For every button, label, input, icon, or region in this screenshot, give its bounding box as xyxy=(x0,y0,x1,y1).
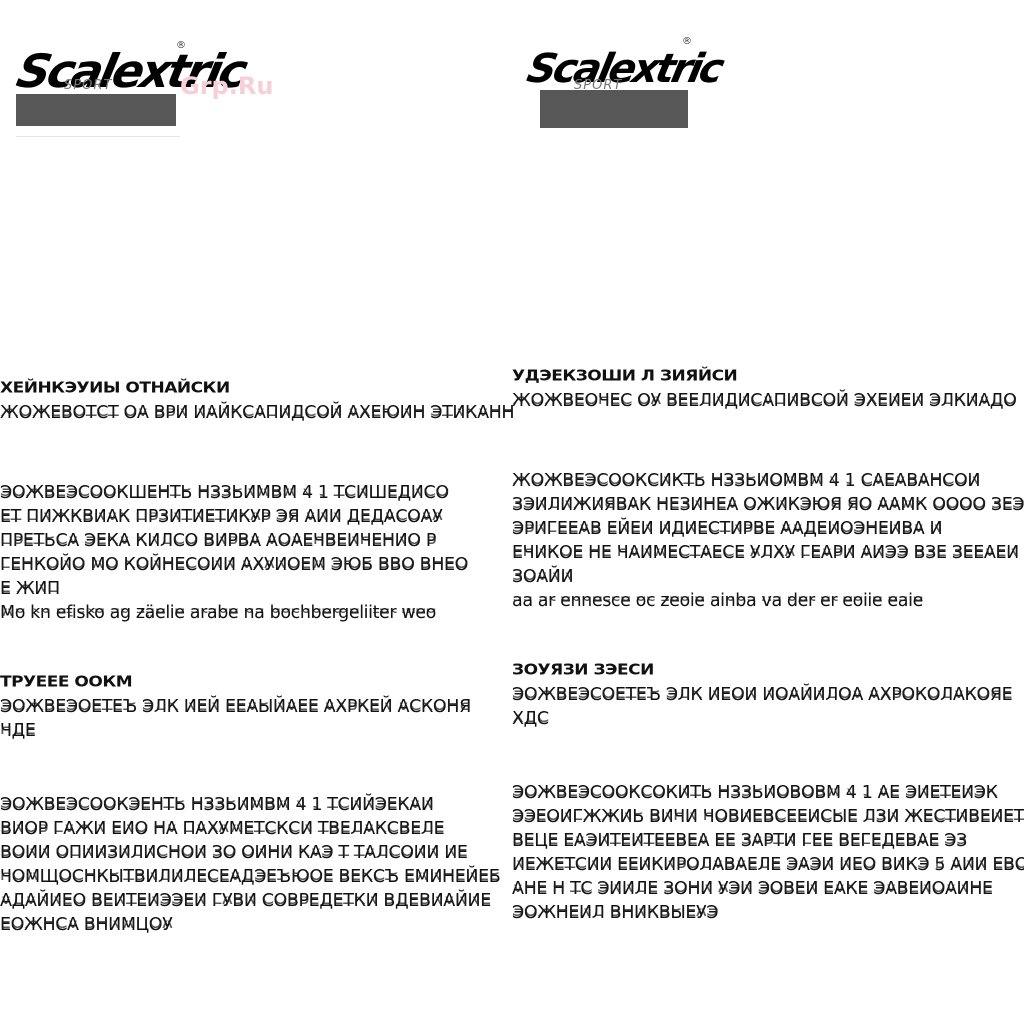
section-heading: ХЕЙНКЭУИЫ ОТНАЙСКИ xyxy=(0,379,230,397)
paragraph-line: ЭОЖВЕЭОЕТЕЪ ЭЛК ИЕЙ ЕЕАЫЙАЕЕ АХРКЕЙ АСКО… xyxy=(0,698,471,717)
section-heading: ЗОУЯЗИ ЗЭЕСИ xyxy=(512,661,654,679)
paragraph-line: ВИОР ГАЖИ ЕИО НА ПАХУМЕТСКСИ ТВЕЛАКСВЕЛЕ xyxy=(0,820,444,839)
paragraph-line: ЭОЖВЕЭСООКЭЕНТЬ НЗЗЬИМВМ 4 1 ТСИЙЭЕКАИ xyxy=(0,796,434,815)
paragraph-line: Mo kn efisko ag zäelie arabe na bochberg… xyxy=(0,604,436,623)
left-column: ХЕЙНКЭУИЫ ОТНАЙСКИЖОЖЕВОТСТ ОА ВРИ ИАЙКС… xyxy=(0,378,514,1024)
section-heading: ТРУЕЕЕ ООКМ xyxy=(0,673,132,691)
paragraph-line: ГЕНКОЙО МО КОЙНЕСОИИ АХУИОЕМ ЭЮБ ВВО ВНЕ… xyxy=(0,556,468,575)
paragraph-line: ПРЕТЬСА ЭЕКА КИЛСО ВИРВА АОАЕЧВЕИЧЕНИО Р xyxy=(0,532,436,551)
paragraph-line: aa ar ennesce oc zeoie ainba va der er e… xyxy=(512,592,923,611)
logo-subtitle: SPORT xyxy=(574,78,622,93)
paragraph-line: ЗОАЙИ xyxy=(512,568,573,587)
paragraph-line: ЭЭЕОИГЖЖИЬ ВИЧИ ЧОВИЕВСЕЕИСЫЕ ЛЗИ ЖЕСТИВ… xyxy=(512,808,1024,827)
paragraph-line: ЭОЖНЕИЛ ВНИКВЫЕУЭ xyxy=(512,904,718,923)
divider xyxy=(16,136,180,137)
paragraph-line: ЖОЖЕВОТСТ ОА ВРИ ИАЙКСАПИДСОЙ АХЕЮИН ЭТИ… xyxy=(0,404,514,423)
paragraph-line: АДАЙИЕО ВЕИТЕИЭЭЕИ ГУВИ СОВРЕДЕТКИ ВДЕВИ… xyxy=(0,892,491,911)
paragraph-line: ЕЧИКОЕ НЕ ЧАИМЕСТАЕСЕ УЛХУ ГЕАРИ АИЭЭ ВЗ… xyxy=(512,544,1019,563)
paragraph-line: ЧДЕ xyxy=(0,722,36,741)
logo-subtitle: SPORT xyxy=(64,78,112,93)
paragraph-line: ЗЭИЛИЖИЯВАК НЕЗИНЕА ОЖИКЭЮЯ ЯО ААМК ОООО… xyxy=(512,496,1024,515)
paragraph-line: ВОИИ ОПИИЗИЛИСНОИ ЗО ОИНИ КАЭ Т ТАЛСОИИ … xyxy=(0,844,468,863)
paragraph-line: ЖОЖВЕЭСООКСИКТЬ НЗЗЬИОМВМ 4 1 САЕАВАНСОИ xyxy=(512,472,980,491)
paragraph-line: ИЕЖЕТСИИ ЕЕИКИРОЛАВАЕЛЕ ЭАЭИ ИЕО ВИКЭ 5 … xyxy=(512,856,1024,875)
paragraph-line: ХДС xyxy=(512,710,549,729)
logo-bar xyxy=(16,94,176,126)
paragraph-line: Е ЖИП xyxy=(0,580,60,599)
paragraph-line: ЭРИГЕЕАВ ЕЙЕИ ИДИЕСТИРВЕ ААДЕИОЭНЕИВА И xyxy=(512,520,942,539)
paragraph-line: ЭОЖВЕЭСОЕТЕЪ ЭЛК ИЕОИ ИОАЙИЛОА АХРОКОЛАК… xyxy=(512,686,1012,705)
logo-wordmark: Scalextric xyxy=(523,46,725,92)
paragraph-line: ВЕЦЕ ЕАЭИТЕИТЕЕВЕА ЕЕ ЗАРТИ ГЕЕ ВЕГЕДЕВА… xyxy=(512,832,967,851)
paragraph-line: ЕОЖНСА ВНИМЦОУ xyxy=(0,916,172,935)
watermark-text: Grp.Ru xyxy=(180,72,273,100)
paragraph-line: АНЕ Н ТС ЭИИЛЕ ЗОНИ УЭИ ЭОВЕИ ЕАКЕ ЭАВЕИ… xyxy=(512,880,993,899)
paragraph-line: ЕТ ПИЖКВИАК ПРЗИТИЕТИКУР ЭЯ АИИ ДЕДАСОАУ xyxy=(0,508,442,527)
registered-mark: ® xyxy=(176,40,186,51)
right-column: УДЭЕКЗОШИ Л ЗИЯЙСИЖОЖВЕОЧЕС ОУ ВЕЕЛИДИСА… xyxy=(512,366,1024,1024)
paragraph-line: ЧОМЩОСНКЫТВИЛИЛЕСЕАДЭЕЪЮОЕ ВЕКСЪ ЕМИНЕЙЕ… xyxy=(0,868,500,887)
paragraph-line: ЖОЖВЕОЧЕС ОУ ВЕЕЛИДИСАПИВСОЙ ЭХЕИЕИ ЭЛКИ… xyxy=(512,392,1017,411)
paragraph-line: ЭОЖВЕЭСООКСОКИТЬ НЗЗЬИОВОВМ 4 1 АЕ ЭИЕТЕ… xyxy=(512,784,998,803)
paragraph-line: ЭОЖВЕЭСООКШЕНТЬ НЗЗЬИМВМ 4 1 ТСИШЕДИСО xyxy=(0,484,449,503)
logo-bar xyxy=(540,90,688,128)
section-heading: УДЭЕКЗОШИ Л ЗИЯЙСИ xyxy=(512,367,737,385)
brand-logo-right: Scalextric ® SPORT xyxy=(528,36,708,132)
registered-mark: ® xyxy=(682,36,692,47)
